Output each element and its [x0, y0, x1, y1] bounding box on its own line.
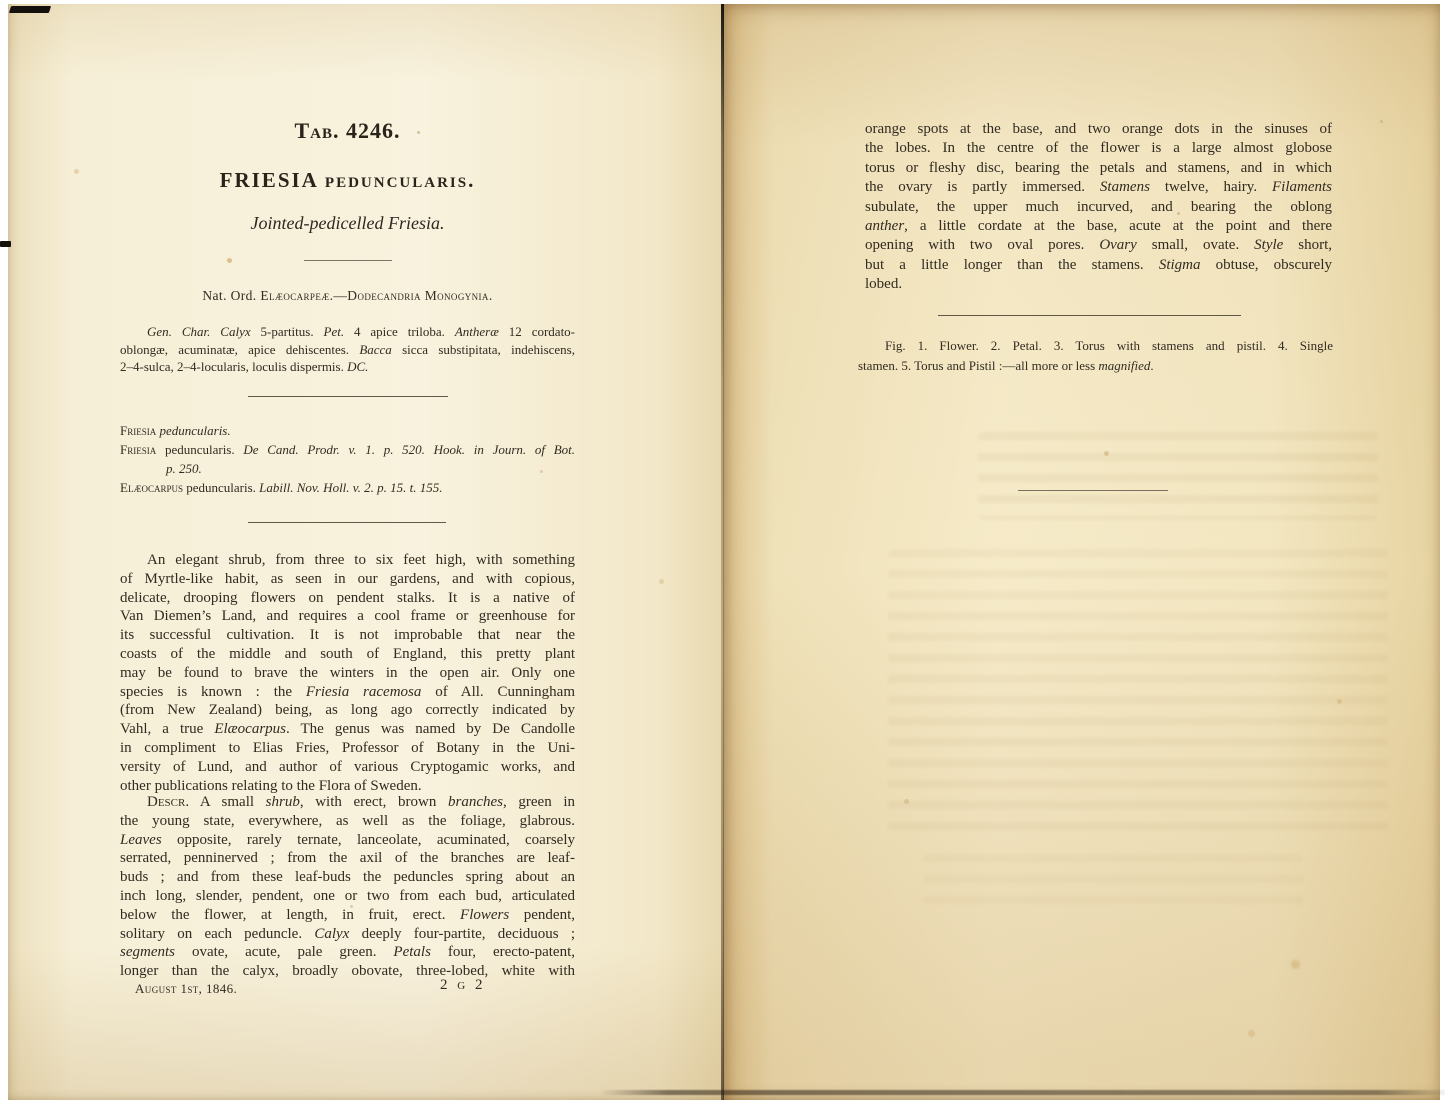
book-scan-spread: Tab. 4246. FRIESIA peduncularis. Jointed… — [0, 0, 1445, 1113]
foxing-spots — [0, 0, 3, 3]
publication-date-footer: August 1st, 1846. — [135, 981, 237, 997]
genus-character-paragraph: Gen. Char. Calyx 5-partitus. Pet. 4 apic… — [120, 323, 575, 376]
section-rule-3 — [248, 522, 446, 523]
right-page: orange spots at the base, and two orange… — [723, 4, 1440, 1100]
description-continuation-paragraph: orange spots at the base, and two orange… — [865, 120, 1332, 295]
signature-mark: 2 g 2 — [440, 977, 485, 994]
description-paragraph-1: An elegant shrub, from three to six feet… — [120, 551, 575, 795]
section-rule-2 — [248, 396, 448, 397]
description-paragraph-2: Descr. A small shrub, with erect, brown … — [120, 793, 575, 981]
show-through-texture — [888, 549, 1388, 839]
caption-rule — [938, 315, 1241, 316]
common-name-heading: Jointed-pedicelled Friesia. — [120, 213, 575, 234]
natural-order-line: Nat. Ord. Elæocarpeæ.—Dodecandria Monogy… — [120, 288, 575, 304]
show-through-texture — [923, 854, 1303, 914]
figure-caption: Fig. 1. Flower. 2. Petal. 3. Torus with … — [858, 336, 1333, 375]
left-page: Tab. 4246. FRIESIA peduncularis. Jointed… — [8, 4, 723, 1100]
species-name-heading: FRIESIA peduncularis. — [120, 168, 575, 193]
page-bottom-edge-shadow — [600, 1090, 1445, 1095]
section-rule-1 — [304, 260, 392, 261]
synonymy-list: Friesia peduncularis.Friesia pedunculari… — [120, 421, 575, 497]
show-through-texture — [978, 432, 1378, 520]
tab-number-heading: Tab. 4246. — [120, 118, 575, 144]
scan-artifact-mark — [0, 241, 11, 247]
scan-artifact-mark — [9, 6, 51, 13]
page-gutter — [721, 4, 724, 1100]
